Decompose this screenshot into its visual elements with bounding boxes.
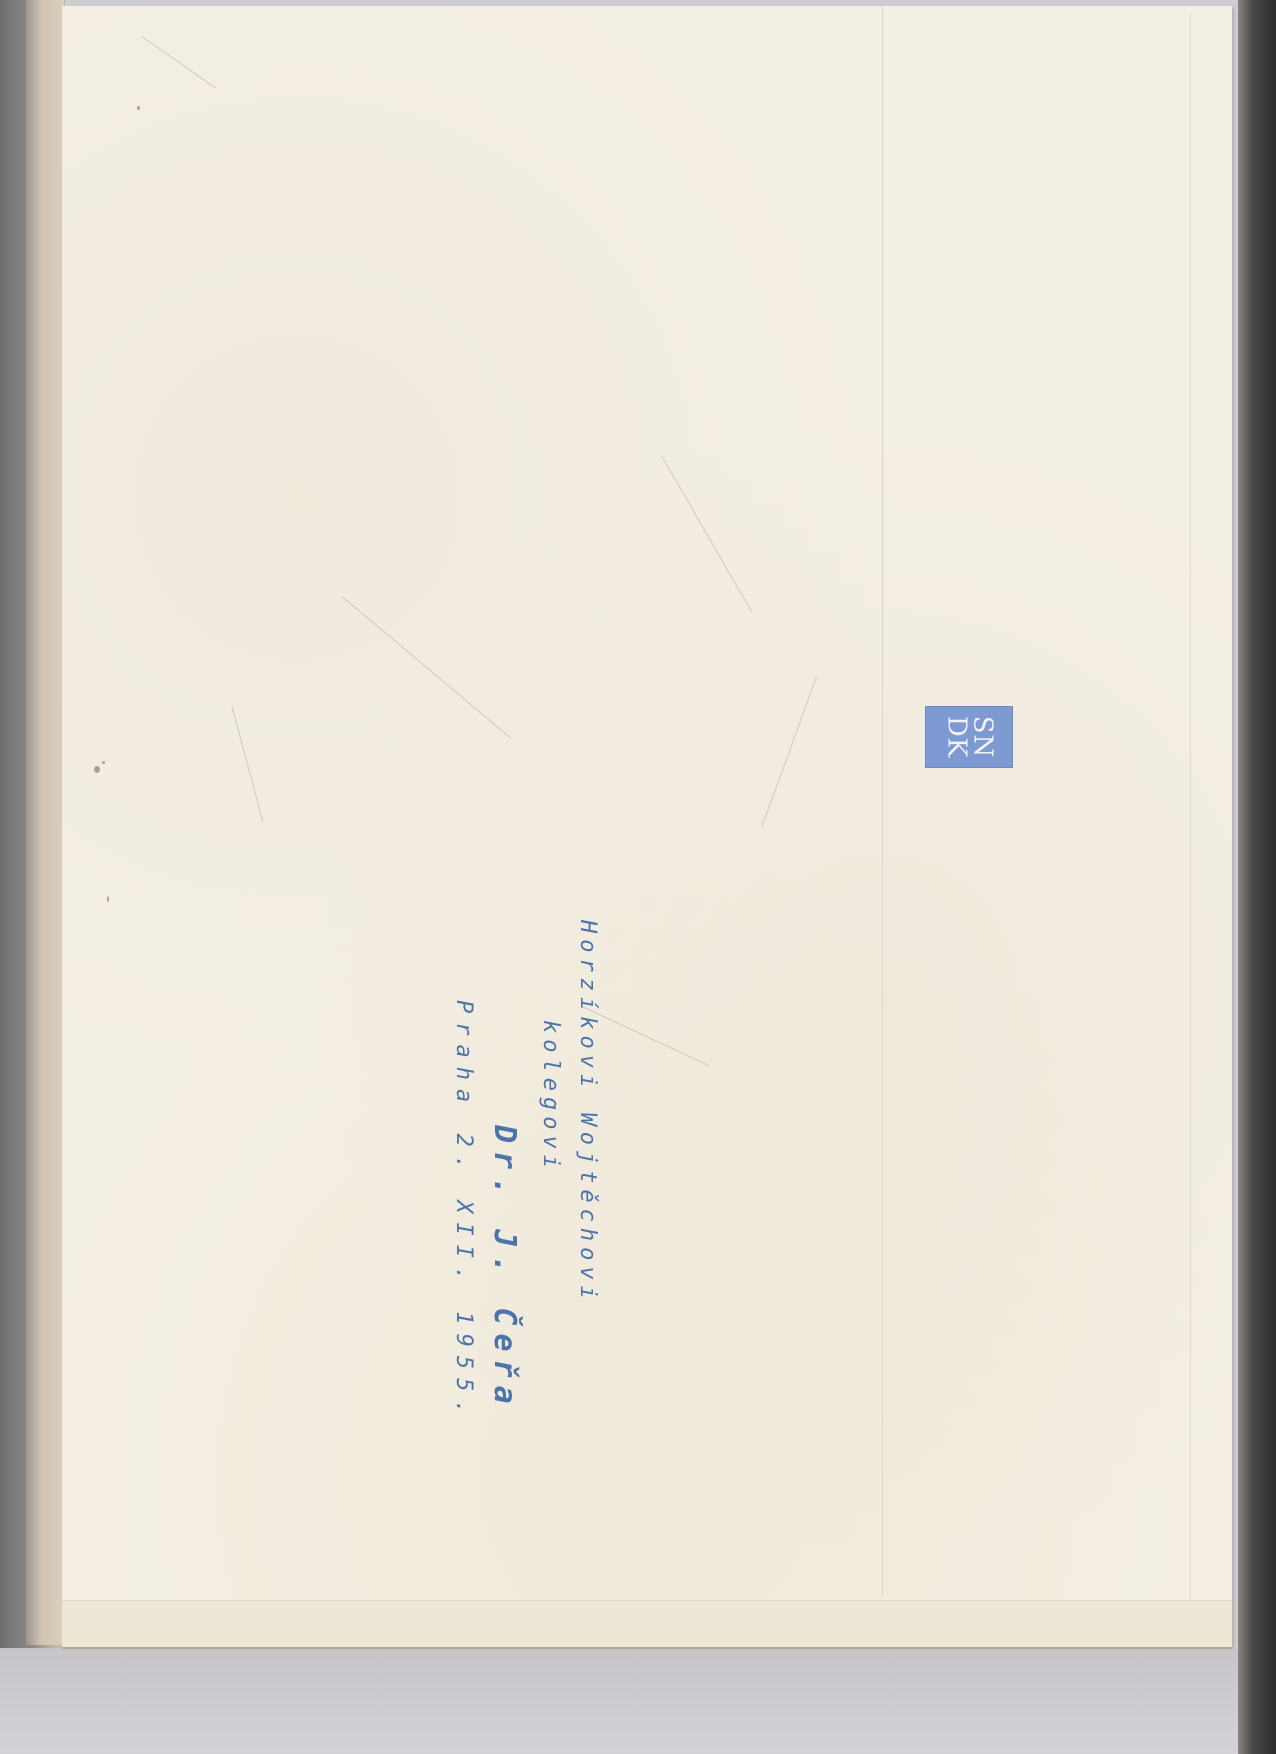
inner-sheet-bottom-edge bbox=[62, 1600, 1232, 1649]
publisher-logo-text: SN DK bbox=[943, 716, 995, 759]
dedication-place-date: Praha 2. XII. 1955. bbox=[451, 1000, 476, 1423]
foxing-stain bbox=[94, 766, 100, 773]
scanner-background bbox=[0, 1648, 1276, 1754]
publisher-logo: SN DK bbox=[925, 706, 1013, 768]
endpaper-page bbox=[62, 6, 1232, 1646]
foxing-stain bbox=[107, 896, 109, 902]
book-binding-strip bbox=[26, 0, 65, 1645]
dedication-signature: Dr. J. Čeřa bbox=[487, 1125, 522, 1412]
dedication-line-colleague: kolegovi bbox=[538, 1020, 563, 1174]
foxing-stain bbox=[102, 761, 105, 764]
dedication-line-recipient: Horzíkovi Wojtěchovi bbox=[575, 920, 600, 1305]
scanner-right-edge bbox=[1238, 0, 1276, 1754]
foxing-stain bbox=[137, 106, 140, 110]
paper-texture bbox=[62, 6, 1232, 1646]
page-fold-line bbox=[882, 6, 884, 1596]
inner-sheet-right-edge bbox=[1190, 14, 1233, 1600]
